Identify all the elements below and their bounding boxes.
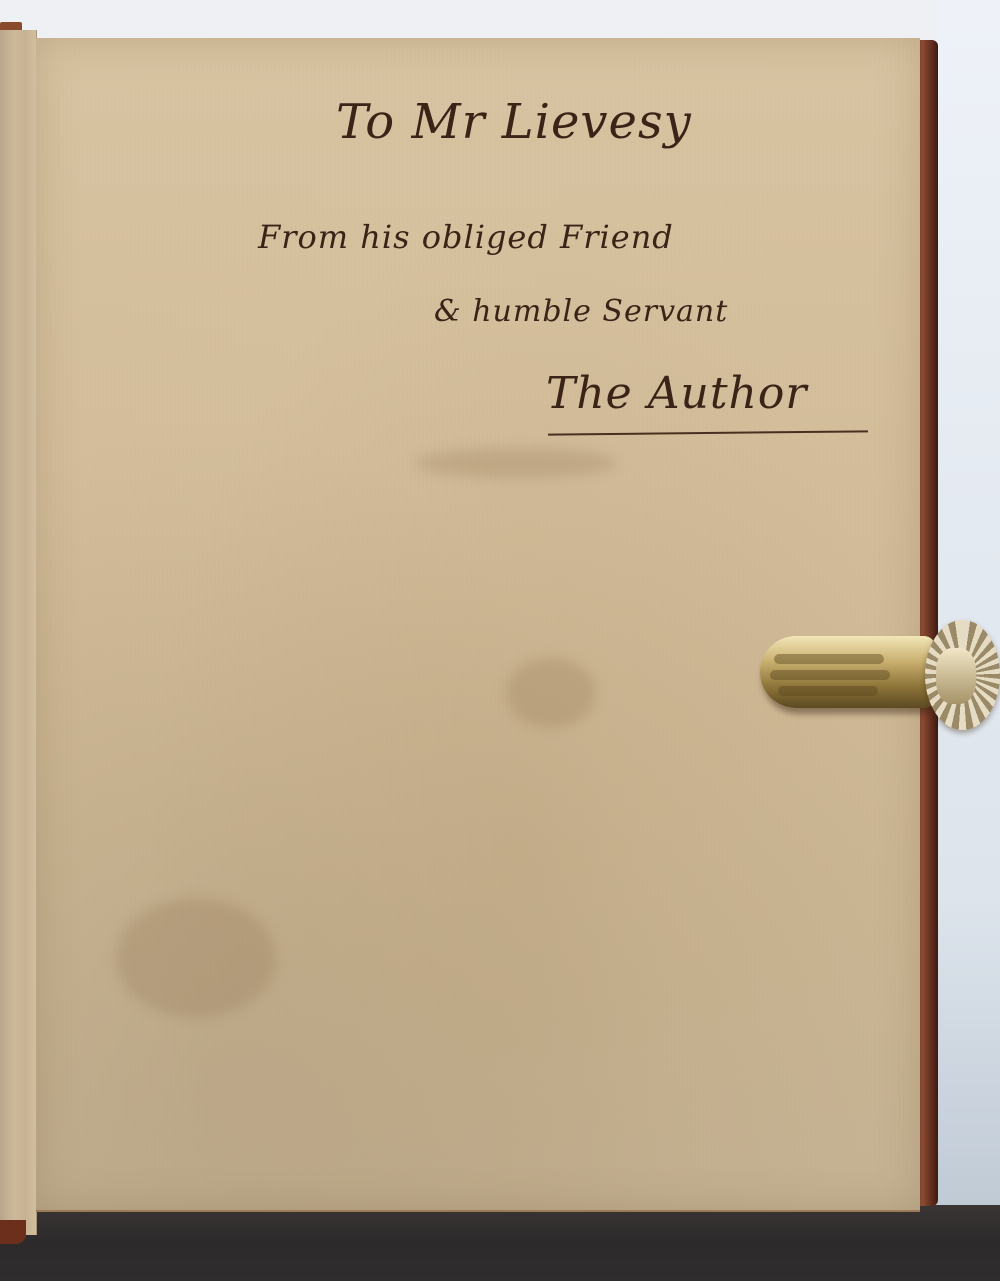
inscription-servant-line: & humble Servant xyxy=(434,294,728,329)
inscription-signature: The Author xyxy=(546,368,807,419)
table-shadow xyxy=(0,1205,1000,1281)
brass-hand-icon xyxy=(760,636,935,708)
finger-groove xyxy=(770,670,890,680)
inscription-recipient: To Mr Lievesy xyxy=(336,94,692,150)
finger-groove xyxy=(778,686,878,696)
foxing-stain xyxy=(416,448,616,478)
cuff-center xyxy=(936,648,976,704)
inscription-from-line: From his obliged Friend xyxy=(258,218,674,256)
foxing-stain xyxy=(506,658,596,728)
book-photograph: To Mr Lievesy From his obliged Friend & … xyxy=(0,0,1000,1281)
finger-groove xyxy=(774,654,884,664)
foxing-stain xyxy=(116,898,276,1018)
leather-cover-corner-bottom xyxy=(0,1220,26,1244)
brass-hand-page-clip xyxy=(760,612,1000,742)
preceding-leaves-edge xyxy=(0,30,37,1235)
